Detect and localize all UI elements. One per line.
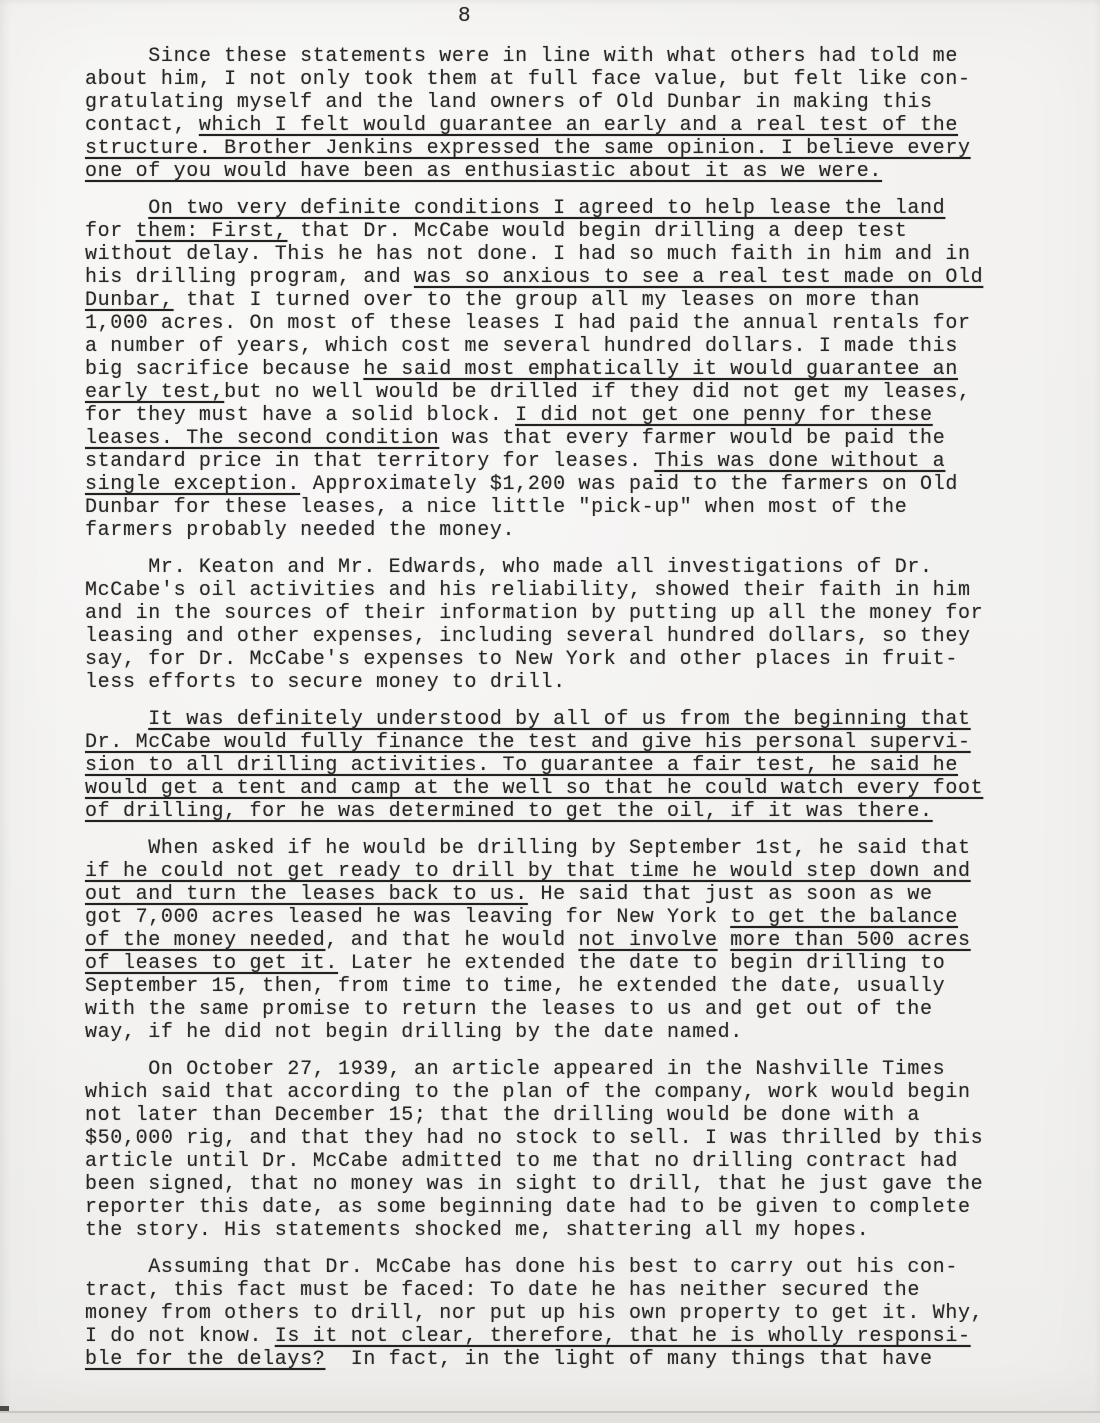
text-line: standard price in that territory for lea…: [85, 450, 1045, 473]
text-line: contact, which I felt would guarantee an…: [85, 114, 1045, 137]
text-line: without delay. This he has not done. I h…: [85, 243, 1045, 266]
text-line: $50,000 rig, and that they had no stock …: [85, 1127, 1045, 1150]
text-line: the story. His statements shocked me, sh…: [85, 1219, 1045, 1242]
text-line: for they must have a solid block. I did …: [85, 404, 1045, 427]
text-line: Mr. Keaton and Mr. Edwards, who made all…: [85, 556, 1045, 579]
paragraph: Assuming that Dr. McCabe has done his be…: [85, 1256, 1045, 1371]
text-line: of drilling, for he was determined to ge…: [85, 800, 1045, 823]
paragraph: When asked if he would be drilling by Se…: [85, 837, 1045, 1044]
text-line: leases. The second condition was that ev…: [85, 427, 1045, 450]
text-line: one of you would have been as enthusiast…: [85, 160, 1045, 183]
text-line: with the same promise to return the leas…: [85, 998, 1045, 1021]
text-line: Assuming that Dr. McCabe has done his be…: [85, 1256, 1045, 1279]
text-line: his drilling program, and was so anxious…: [85, 266, 1045, 289]
text-line: not later than December 15; that the dri…: [85, 1104, 1045, 1127]
text-line: of leases to get it. Later he extended t…: [85, 952, 1045, 975]
text-line: if he could not get ready to drill by th…: [85, 860, 1045, 883]
text-line: Since these statements were in line with…: [85, 45, 1045, 68]
text-line: say, for Dr. McCabe's expenses to New Yo…: [85, 648, 1045, 671]
text-line: Dunbar for these leases, a nice little "…: [85, 496, 1045, 519]
text-line: tract, this fact must be faced: To date …: [85, 1279, 1045, 1302]
document-page: 8 Since these statements were in line wi…: [0, 0, 1100, 1423]
paragraph: It was definitely understood by all of u…: [85, 708, 1045, 823]
text-line: reporter this date, as some beginning da…: [85, 1196, 1045, 1219]
text-line: McCabe's oil activities and his reliabil…: [85, 579, 1045, 602]
paragraph: Mr. Keaton and Mr. Edwards, who made all…: [85, 556, 1045, 694]
paragraph: On October 27, 1939, an article appeared…: [85, 1058, 1045, 1242]
text-line: early test,but no well would be drilled …: [85, 381, 1045, 404]
text-line: which said that according to the plan of…: [85, 1081, 1045, 1104]
text-line: way, if he did not begin drilling by the…: [85, 1021, 1045, 1044]
text-line: got 7,000 acres leased he was leaving fo…: [85, 906, 1045, 929]
text-line: gratulating myself and the land owners o…: [85, 91, 1045, 114]
text-line: of the money needed, and that he would n…: [85, 929, 1045, 952]
page-bottom-edge: [0, 1411, 1100, 1423]
text-line: for them: First, that Dr. McCabe would b…: [85, 220, 1045, 243]
text-line: been signed, that no money was in sight …: [85, 1173, 1045, 1196]
text-line: less efforts to secure money to drill.: [85, 671, 1045, 694]
text-line: out and turn the leases back to us. He s…: [85, 883, 1045, 906]
text-line: When asked if he would be drilling by Se…: [85, 837, 1045, 860]
text-line: Dunbar, that I turned over to the group …: [85, 289, 1045, 312]
document-body: Since these statements were in line with…: [85, 45, 1045, 1385]
text-line: sion to all drilling activities. To guar…: [85, 754, 1045, 777]
paragraph: On two very definite conditions I agreed…: [85, 197, 1045, 542]
page-number: 8: [458, 5, 471, 28]
text-line: about him, I not only took them at full …: [85, 68, 1045, 91]
text-line: money from others to drill, nor put up h…: [85, 1302, 1045, 1325]
text-line: structure. Brother Jenkins expressed the…: [85, 137, 1045, 160]
text-line: September 15, then, from time to time, h…: [85, 975, 1045, 998]
text-line: Dr. McCabe would fully finance the test …: [85, 731, 1045, 754]
text-line: leasing and other expenses, including se…: [85, 625, 1045, 648]
text-line: big sacrifice because he said most empha…: [85, 358, 1045, 381]
text-line: and in the sources of their information …: [85, 602, 1045, 625]
text-line: would get a tent and camp at the well so…: [85, 777, 1045, 800]
text-line: It was definitely understood by all of u…: [85, 708, 1045, 731]
text-line: On October 27, 1939, an article appeared…: [85, 1058, 1045, 1081]
text-line: a number of years, which cost me several…: [85, 335, 1045, 358]
text-line: On two very definite conditions I agreed…: [85, 197, 1045, 220]
text-line: farmers probably needed the money.: [85, 519, 1045, 542]
text-line: ble for the delays? In fact, in the ligh…: [85, 1348, 1045, 1371]
text-line: 1,000 acres. On most of these leases I h…: [85, 312, 1045, 335]
text-line: single exception. Approximately $1,200 w…: [85, 473, 1045, 496]
text-line: I do not know. Is it not clear, therefor…: [85, 1325, 1045, 1348]
text-line: article until Dr. McCabe admitted to me …: [85, 1150, 1045, 1173]
paragraph: Since these statements were in line with…: [85, 45, 1045, 183]
